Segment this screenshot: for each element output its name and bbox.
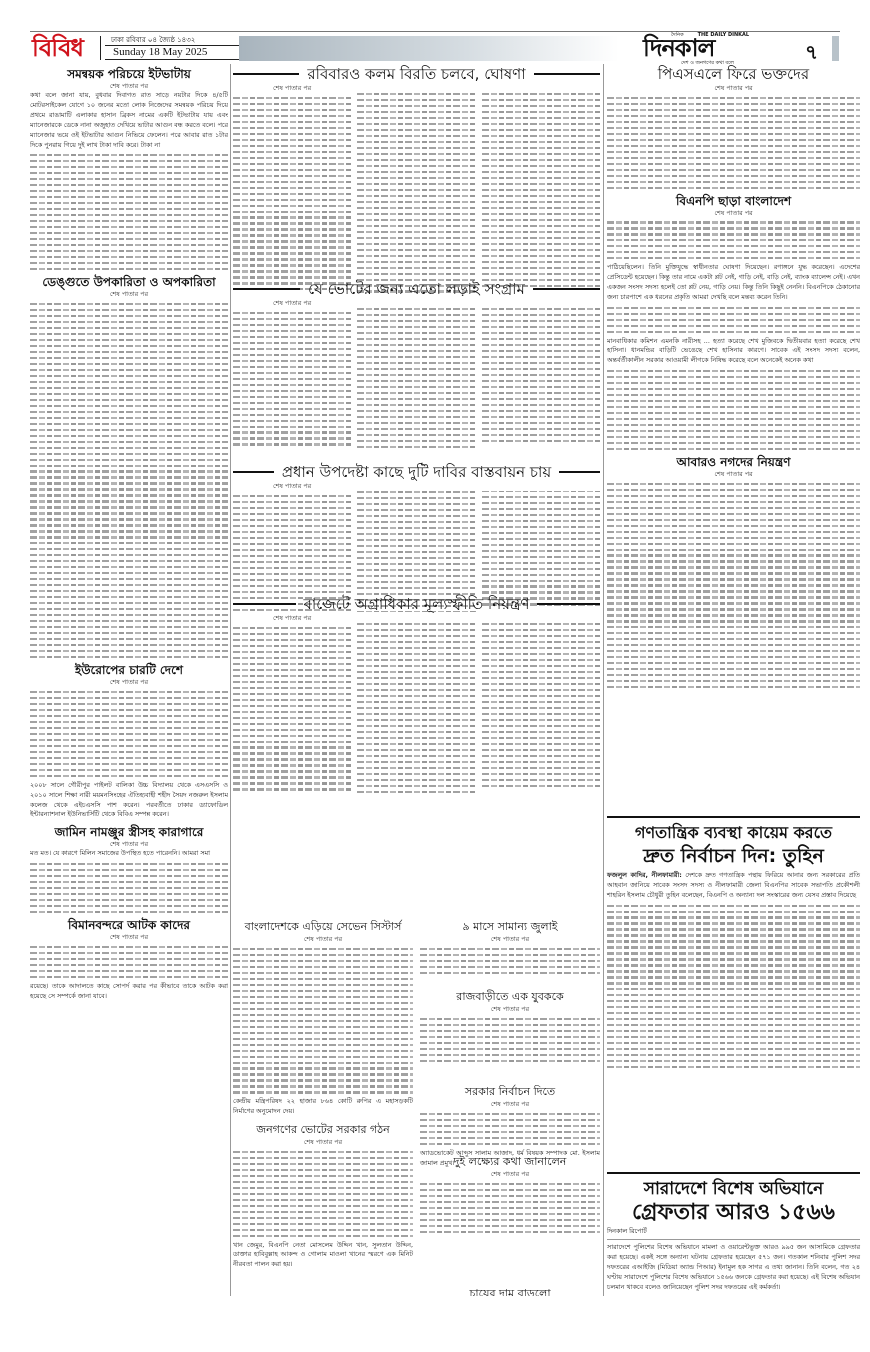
continued-label: শেষ পাতার পর bbox=[420, 1005, 600, 1014]
article-headline[interactable]: আবারও নগদের নিয়ন্ত্রণ bbox=[607, 454, 860, 470]
article-jonoganer-vote[interactable]: জনগণের ভোটের সরকার গঠন শেষ পাতার পর খান … bbox=[233, 1122, 413, 1270]
article-chayer-dam[interactable]: চায়ের দাম বাড়লো শেষ পাতার পর মহাপরিচাল… bbox=[420, 1286, 600, 1296]
article-body-continued bbox=[30, 154, 228, 270]
article-dengue[interactable]: ডেঙ্গুতে উপকারিতা ও অপকারিতা শেষ পাতার প… bbox=[30, 274, 228, 658]
date-bengali: ঢাকা রবিবার ০৪ জ্যৈষ্ঠ ১৪৩২ bbox=[105, 35, 253, 46]
article-body: কথা বলে জানা যায়, বুধবার দিবাগত রাত সাড… bbox=[30, 91, 228, 150]
masthead-divider bbox=[100, 36, 101, 60]
continued-label: শেষ পাতার পর bbox=[607, 470, 860, 479]
centre-column: রবিবারও কলম বিরতি চলবে, ঘোষণা শেষ পাতার … bbox=[233, 64, 600, 1296]
section-title: বিবিধ bbox=[32, 34, 83, 62]
article-body-closing: রয়েছে। তাকে আদালতে কাছে সোপর্দ করার পর … bbox=[30, 982, 228, 1002]
article-headline[interactable]: রবিবারও কলম বিরতি চলবে, ঘোষণা bbox=[233, 64, 600, 84]
article-headline-line2[interactable]: গ্রেফতার আরও ১৫৬৬ bbox=[607, 1200, 860, 1226]
byline: ফজলুল কাদির, নীলফামারী: bbox=[607, 871, 682, 879]
article-bishesh-obhijan[interactable]: সারাদেশে বিশেষ অভিযানে গ্রেফতার আরও ১৫৬৬… bbox=[607, 1172, 860, 1293]
article-bnp-chhara[interactable]: বিএনপি ছাড়া বাংলাদেশ শেষ পাতার পর পাঠিয… bbox=[607, 193, 860, 451]
date-english: Sunday 18 May 2025 bbox=[105, 46, 253, 60]
article-body-closing: ২০০৮ সালে গৌরীপুর পাইলট বালিকা উচ্চ বিদ্… bbox=[30, 781, 228, 821]
continued-label: শেষ পাতার পর bbox=[420, 1100, 600, 1109]
article-body: মত মত। যে কারণে মিলিন সমাজের উপস্থিত হতে… bbox=[30, 849, 228, 859]
article-rajbari[interactable]: রাজবাড়ীতে এক যুবককে শেষ পাতার পর bbox=[420, 989, 600, 1066]
article-abar-nagad[interactable]: আবারও নগদের নিয়ন্ত্রণ শেষ পাতার পর bbox=[607, 454, 860, 688]
article-headline[interactable]: বাজেটে অগ্রাধিকার মূল্যস্ফীতি নিয়ন্ত্রণ bbox=[233, 594, 600, 614]
article-headline[interactable]: যে ভোটের জন্য এতো লড়াই সংগ্রাম bbox=[233, 279, 600, 299]
article-je-voter[interactable]: যে ভোটের জন্য এতো লড়াই সংগ্রাম শেষ পাতা… bbox=[233, 279, 600, 449]
article-gonotantrik[interactable]: গণতান্ত্রিক ব্যবস্থা কায়েম করতে দ্রুত ন… bbox=[607, 816, 860, 1072]
article-headline-line1[interactable]: সারাদেশে বিশেষ অভিযানে bbox=[607, 1178, 860, 1200]
article-budget[interactable]: বাজেটে অগ্রাধিকার মূল্যস্ফীতি নিয়ন্ত্রণ… bbox=[233, 594, 600, 794]
continued-label: শেষ পাতার পর bbox=[233, 935, 413, 944]
article-headline[interactable]: বিএনপি ছাড়া বাংলাদেশ bbox=[607, 193, 860, 209]
left-column: সমন্বয়ক পরিচয়ে ইটভাটায় শেষ পাতার পর ক… bbox=[30, 66, 228, 1296]
section-rule bbox=[607, 1172, 860, 1174]
article-body-2: মানবাধিকার কমিশন এমনকি নারীসহ ... হত্যা … bbox=[607, 337, 860, 367]
article-seven-sisters[interactable]: বাংলাদেশকে এড়িয়ে সেভেন সিস্টার্স শেষ প… bbox=[233, 919, 413, 1117]
byline: দিনকাল রিপোর্ট bbox=[607, 1226, 860, 1240]
continued-label: শেষ পাতার পর bbox=[30, 82, 228, 91]
article-headline-line2[interactable]: দ্রুত নির্বাচন দিন: তুহিন bbox=[607, 844, 860, 868]
continued-label: শেষ পাতার পর bbox=[30, 678, 228, 687]
page-masthead: বিবিধ ঢাকা রবিবার ০৪ জ্যৈষ্ঠ ১৪৩২ Sunday… bbox=[30, 31, 840, 61]
article-jamin-namonjur[interactable]: জামিন নামঞ্জুর স্ত্রীসহ কারাগারে শেষ পাত… bbox=[30, 824, 228, 913]
masthead-edge bbox=[832, 36, 839, 61]
continued-label: শেষ পাতার পর bbox=[233, 482, 600, 491]
article-headline[interactable]: সমন্বয়ক পরিচয়ে ইটভাটায় bbox=[30, 66, 228, 82]
column-divider bbox=[230, 64, 231, 1296]
date-box: ঢাকা রবিবার ০৪ জ্যৈষ্ঠ ১৪৩২ Sunday 18 Ma… bbox=[105, 35, 253, 60]
article-nine-months[interactable]: ৯ মাসে সামান্য জুলাই শেষ পাতার পর bbox=[420, 919, 600, 978]
article-body bbox=[30, 691, 228, 777]
article-prodhan-upodeshta[interactable]: প্রধান উপদেষ্টা কাছে দুটি দাবির বাস্তবায… bbox=[233, 462, 600, 612]
article-body: পাঠিয়েছিলেন। তিনি মুক্তিযুদ্ধে স্বাধীনত… bbox=[607, 263, 860, 303]
continued-label: শেষ পাতার পর bbox=[233, 614, 600, 623]
continued-label: শেষ পাতার পর bbox=[30, 933, 228, 942]
continued-label: শেষ পাতার পর bbox=[420, 935, 600, 944]
article-europe[interactable]: ইউরোপের চারটি দেশে শেষ পাতার পর ২০০৮ সাল… bbox=[30, 662, 228, 820]
continued-label: শেষ পাতার পর bbox=[607, 84, 860, 93]
continued-label: শেষ পাতার পর bbox=[233, 84, 600, 93]
article-body bbox=[30, 303, 228, 658]
article-kolom-birati[interactable]: রবিবারও কলম বিরতি চলবে, ঘোষণা শেষ পাতার … bbox=[233, 64, 600, 294]
article-headline[interactable]: চায়ের দাম বাড়লো bbox=[420, 1286, 600, 1296]
continued-label: শেষ পাতার পর bbox=[607, 209, 860, 218]
article-headline[interactable]: দুই লক্ষ্যের কথা জানালেন bbox=[420, 1154, 600, 1170]
article-headline[interactable]: বিমানবন্দরে আটক কাদের bbox=[30, 917, 228, 933]
right-column: পিএসএলে ফিরে ভক্তদের শেষ পাতার পর বিএনপি… bbox=[607, 64, 860, 1296]
article-dui-lokkho[interactable]: দুই লক্ষ্যের কথা জানালেন শেষ পাতার পর bbox=[420, 1154, 600, 1237]
article-headline[interactable]: সরকার নির্বাচন দিতে bbox=[420, 1084, 600, 1100]
article-body-closing: কেন্দ্রীয় মন্ত্রিপরিষদ ২২ হাজার ৮৬৪ কোট… bbox=[233, 1097, 413, 1117]
article-body: ফজলুল কাদির, নীলফামারী: দেশকে দ্রুত গণতা… bbox=[607, 871, 860, 901]
article-headline[interactable]: জামিন নামঞ্জুর স্ত্রীসহ কারাগারে bbox=[30, 824, 228, 840]
masthead-gradient-band bbox=[239, 36, 619, 61]
article-psl-fire[interactable]: পিএসএলে ফিরে ভক্তদের শেষ পাতার পর bbox=[607, 64, 860, 189]
continued-label: শেষ পাতার পর bbox=[233, 1138, 413, 1147]
article-samonnoyok[interactable]: সমন্বয়ক পরিচয়ে ইটভাটায় শেষ পাতার পর ক… bbox=[30, 66, 228, 270]
section-rule bbox=[607, 816, 860, 818]
article-headline[interactable]: ৯ মাসে সামান্য জুলাই bbox=[420, 919, 600, 935]
article-headline[interactable]: পিএসএলে ফিরে ভক্তদের bbox=[607, 64, 860, 84]
article-headline[interactable]: রাজবাড়ীতে এক যুবককে bbox=[420, 989, 600, 1005]
continued-label: শেষ পাতার পর bbox=[233, 299, 600, 308]
column-divider bbox=[603, 64, 604, 1296]
brand-bengali: দিনকাল bbox=[643, 36, 714, 60]
article-bimanbondore[interactable]: বিমানবন্দরে আটক কাদের শেষ পাতার পর রয়েছ… bbox=[30, 917, 228, 1002]
continued-label: শেষ পাতার পর bbox=[30, 290, 228, 299]
article-headline[interactable]: ইউরোপের চারটি দেশে bbox=[30, 662, 228, 678]
article-headline-line1[interactable]: গণতান্ত্রিক ব্যবস্থা কায়েম করতে bbox=[607, 822, 860, 844]
continued-label: শেষ পাতার পর bbox=[30, 840, 228, 849]
article-headline[interactable]: ডেঙ্গুতে উপকারিতা ও অপকারিতা bbox=[30, 274, 228, 290]
continued-label: শেষ পাতার পর bbox=[420, 1170, 600, 1179]
article-body: সারাদেশে পুলিশের বিশেষ অভিযানে মামলা ও ও… bbox=[607, 1243, 860, 1293]
article-headline[interactable]: প্রধান উপদেষ্টা কাছে দুটি দাবির বাস্তবায… bbox=[233, 462, 600, 482]
article-headline[interactable]: জনগণের ভোটের সরকার গঠন bbox=[233, 1122, 413, 1138]
article-headline[interactable]: বাংলাদেশকে এড়িয়ে সেভেন সিস্টার্স bbox=[233, 919, 413, 935]
article-body-closing: খান জেমুর, বিএনপি নেতা মোসলেম উদ্দিন খান… bbox=[233, 1241, 413, 1271]
